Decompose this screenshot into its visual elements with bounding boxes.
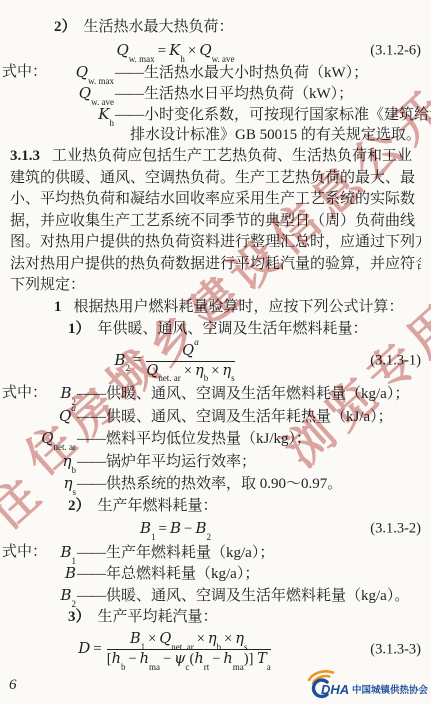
def-dash: —— xyxy=(76,564,106,585)
list-item-1-1: 1）年供暖、通风、空调及生活年燃料耗量： xyxy=(10,318,421,340)
def-prefix: 式中： xyxy=(2,542,47,563)
formula-3-1-2-6: Qw. max=Kh×Qw. ave (3.1.2-6) xyxy=(10,39,421,62)
paragraph-line: 建筑的供暖、通风、空调热负荷。生产工艺热负荷的最大、最 xyxy=(10,168,421,190)
paragraph-line: 小、平均热负荷和凝结水回收率应采用生产工艺系统的实际数 xyxy=(10,189,421,211)
item-number: 2） xyxy=(54,19,77,35)
equation-number: (3.1.3-3) xyxy=(370,641,421,658)
formula-3-1-3-1: B2=QaQnet. ar×ηb×ηs (3.1.3-1) xyxy=(10,340,421,382)
def-dash: —— xyxy=(76,406,106,429)
definition-row: B —— 年总燃料耗量（kg/a）； xyxy=(10,563,421,584)
formula-body: B1=B−B2 xyxy=(140,516,211,542)
def-term: B1 xyxy=(60,542,76,564)
definition-row: Qa —— 供暖、通风、空调及生活年耗热量（kJ/a）； xyxy=(10,405,421,428)
item-text: 生活热水最大热负荷： xyxy=(84,19,234,35)
document-page: 住房城乡建设信息公开 浏览专用 住 2）生活热水最大热负荷： Qw. max=K… xyxy=(0,0,431,704)
definition-row: 式中：B2 —— 供暖、通风、空调及生活年燃料耗量（kg/a）； xyxy=(10,382,421,405)
item-number: 1 xyxy=(54,299,62,315)
logo-name: 中国城镇供热协会 xyxy=(352,684,428,696)
definition-row: ηs —— 供热系统的热效率，取 0.90～0.97。 xyxy=(10,472,421,495)
fraction: B1×Qnet. ar×ηb×ηs[hb−hma−ψc(hrt−hma)] Ta xyxy=(107,631,271,668)
clause-text: 工业热负荷应包括生产工艺热负荷、生活热负荷和工业 xyxy=(52,148,412,164)
formula-3-1-3-3: D=B1×Qnet. ar×ηb×ηs[hb−hma−ψc(hrt−hma)] … xyxy=(10,628,421,672)
dha-logo: DHA 中国城镇供热协会 xyxy=(302,669,428,699)
def-term: B2 xyxy=(60,382,76,406)
def-desc: 供暖、通风、空调及生活年耗热量（kJ/a）； xyxy=(106,406,393,429)
list-item-1: 1根据热用户燃料耗量验算时，应按下列公式计算： xyxy=(10,297,421,319)
list-item-2: 2）生活热水最大热负荷： xyxy=(10,15,421,39)
definition-continuation: 排水设计标准》GB 50015 的有关规定选取。 xyxy=(10,125,421,146)
def-dash: —— xyxy=(76,451,106,474)
definition-row: Kh —— 小时变化系数，可按现行国家标准《建筑给水 xyxy=(10,104,421,125)
def-dash: —— xyxy=(114,105,144,126)
definition-row: ηb —— 锅炉年平均运行效率； xyxy=(10,450,421,473)
fraction: QaQnet. ar×ηb×ηs xyxy=(146,343,234,380)
formula-body: D=B1×Qnet. ar×ηb×ηs[hb−hma−ψc(hrt−hma)] … xyxy=(78,631,272,668)
formula-3-1-3-2: B1=B−B2 (3.1.3-2) xyxy=(10,517,421,542)
def-desc: 燃料平均低位发热量（kJ/kg）； xyxy=(106,428,311,451)
def-desc: 生活热水日平均热负荷（kW）； xyxy=(144,84,353,105)
def-dash: —— xyxy=(76,585,106,607)
def-term: Qnet. ar xyxy=(41,427,76,451)
def-dash: —— xyxy=(114,63,144,84)
def-dash: —— xyxy=(114,84,144,105)
paragraph-line: 法对热用户提供的热负荷数据进行平均耗汽量的验算，并应符合 xyxy=(10,254,421,276)
formula-body: B2=QaQnet. ar×ηb×ηs xyxy=(114,343,236,380)
def-dash: —— xyxy=(76,428,106,451)
def-term: B2 xyxy=(60,584,76,607)
def-term: Qa xyxy=(59,405,76,429)
def-desc: 年总燃料耗量（kg/a）； xyxy=(106,564,259,585)
def-prefix: 式中： xyxy=(2,62,47,83)
definition-row: B2 —— 供暖、通风、空调及生活年燃料耗量（kg/a）。 xyxy=(10,584,421,606)
def-dash: —— xyxy=(76,543,106,564)
def-term: Qw. max xyxy=(76,62,114,84)
logo-acronym: DHA xyxy=(321,682,349,697)
formula-body: Qw. max=Kh×Qw. ave xyxy=(116,39,234,63)
def-dash: —— xyxy=(76,473,106,496)
definition-row: Qnet. ar —— 燃料平均低位发热量（kJ/kg）； xyxy=(10,427,421,450)
definition-row: Qw. ave —— 生活热水日平均热负荷（kW）； xyxy=(10,83,421,104)
def-desc: 供暖、通风、空调及生活年燃料耗量（kg/a）。 xyxy=(106,585,409,607)
page-number: 6 xyxy=(9,677,17,694)
page-footer: 6 DHA 中国城镇供热协会 xyxy=(0,670,431,704)
def-term: Kh xyxy=(98,104,114,126)
paragraph-line: 下列规定： xyxy=(10,275,421,297)
paragraph-line: 图。对热用户提供的热负荷资料进行整理汇总时，应通过下列方 xyxy=(10,232,421,254)
item-text: 根据热用户燃料耗量验算时，应按下列公式计算： xyxy=(74,299,404,315)
def-desc: 生活热水最大小时热负荷（kW）； xyxy=(144,63,368,84)
item-text: 生产年燃料耗量： xyxy=(98,498,218,514)
def-term: ηb xyxy=(63,450,77,474)
def-term: B xyxy=(65,563,76,585)
def-desc: 供热系统的热效率，取 0.90～0.97。 xyxy=(106,473,342,496)
item-text: 生产平均耗汽量： xyxy=(98,609,218,625)
def-desc: 锅炉年平均运行效率； xyxy=(106,451,256,474)
item-text: 年供暖、通风、空调及生活年燃料耗量： xyxy=(98,321,368,337)
page-content: 2）生活热水最大热负荷： Qw. max=Kh×Qw. ave (3.1.2-6… xyxy=(0,0,431,672)
clause-number: 3.1.3 xyxy=(10,148,40,164)
equation-number: (3.1.2-6) xyxy=(370,39,421,62)
clause-3-1-3: 3.1.3工业热负荷应包括生产工艺热负荷、生活热负荷和工业 xyxy=(10,146,421,168)
definition-row: 式中：Qw. max —— 生活热水最大小时热负荷（kW）； xyxy=(10,62,421,83)
item-number: 2） xyxy=(68,498,91,514)
def-prefix: 式中： xyxy=(2,382,47,405)
definition-row: 式中：B1 —— 生产年燃料耗量（kg/a）； xyxy=(10,542,421,563)
def-dash: —— xyxy=(76,383,106,406)
def-desc: 生产年燃料耗量（kg/a）； xyxy=(106,543,274,564)
equation-number: (3.1.3-1) xyxy=(370,353,421,370)
def-desc: 供暖、通风、空调及生活年燃料耗量（kg/a）； xyxy=(106,383,409,406)
item-number: 3） xyxy=(68,609,91,625)
def-term: Qw. ave xyxy=(79,83,114,105)
def-term: ηs xyxy=(63,472,76,496)
item-number: 1） xyxy=(68,321,91,337)
equation-number: (3.1.3-2) xyxy=(370,517,421,542)
paragraph-line: 据，并应收集生产工艺系统不同季节的典型日（周）负荷曲线 xyxy=(10,211,421,233)
def-desc: 小时变化系数，可按现行国家标准《建筑给水 xyxy=(144,105,431,126)
list-item-1-2: 2）生产年燃料耗量： xyxy=(10,495,421,517)
